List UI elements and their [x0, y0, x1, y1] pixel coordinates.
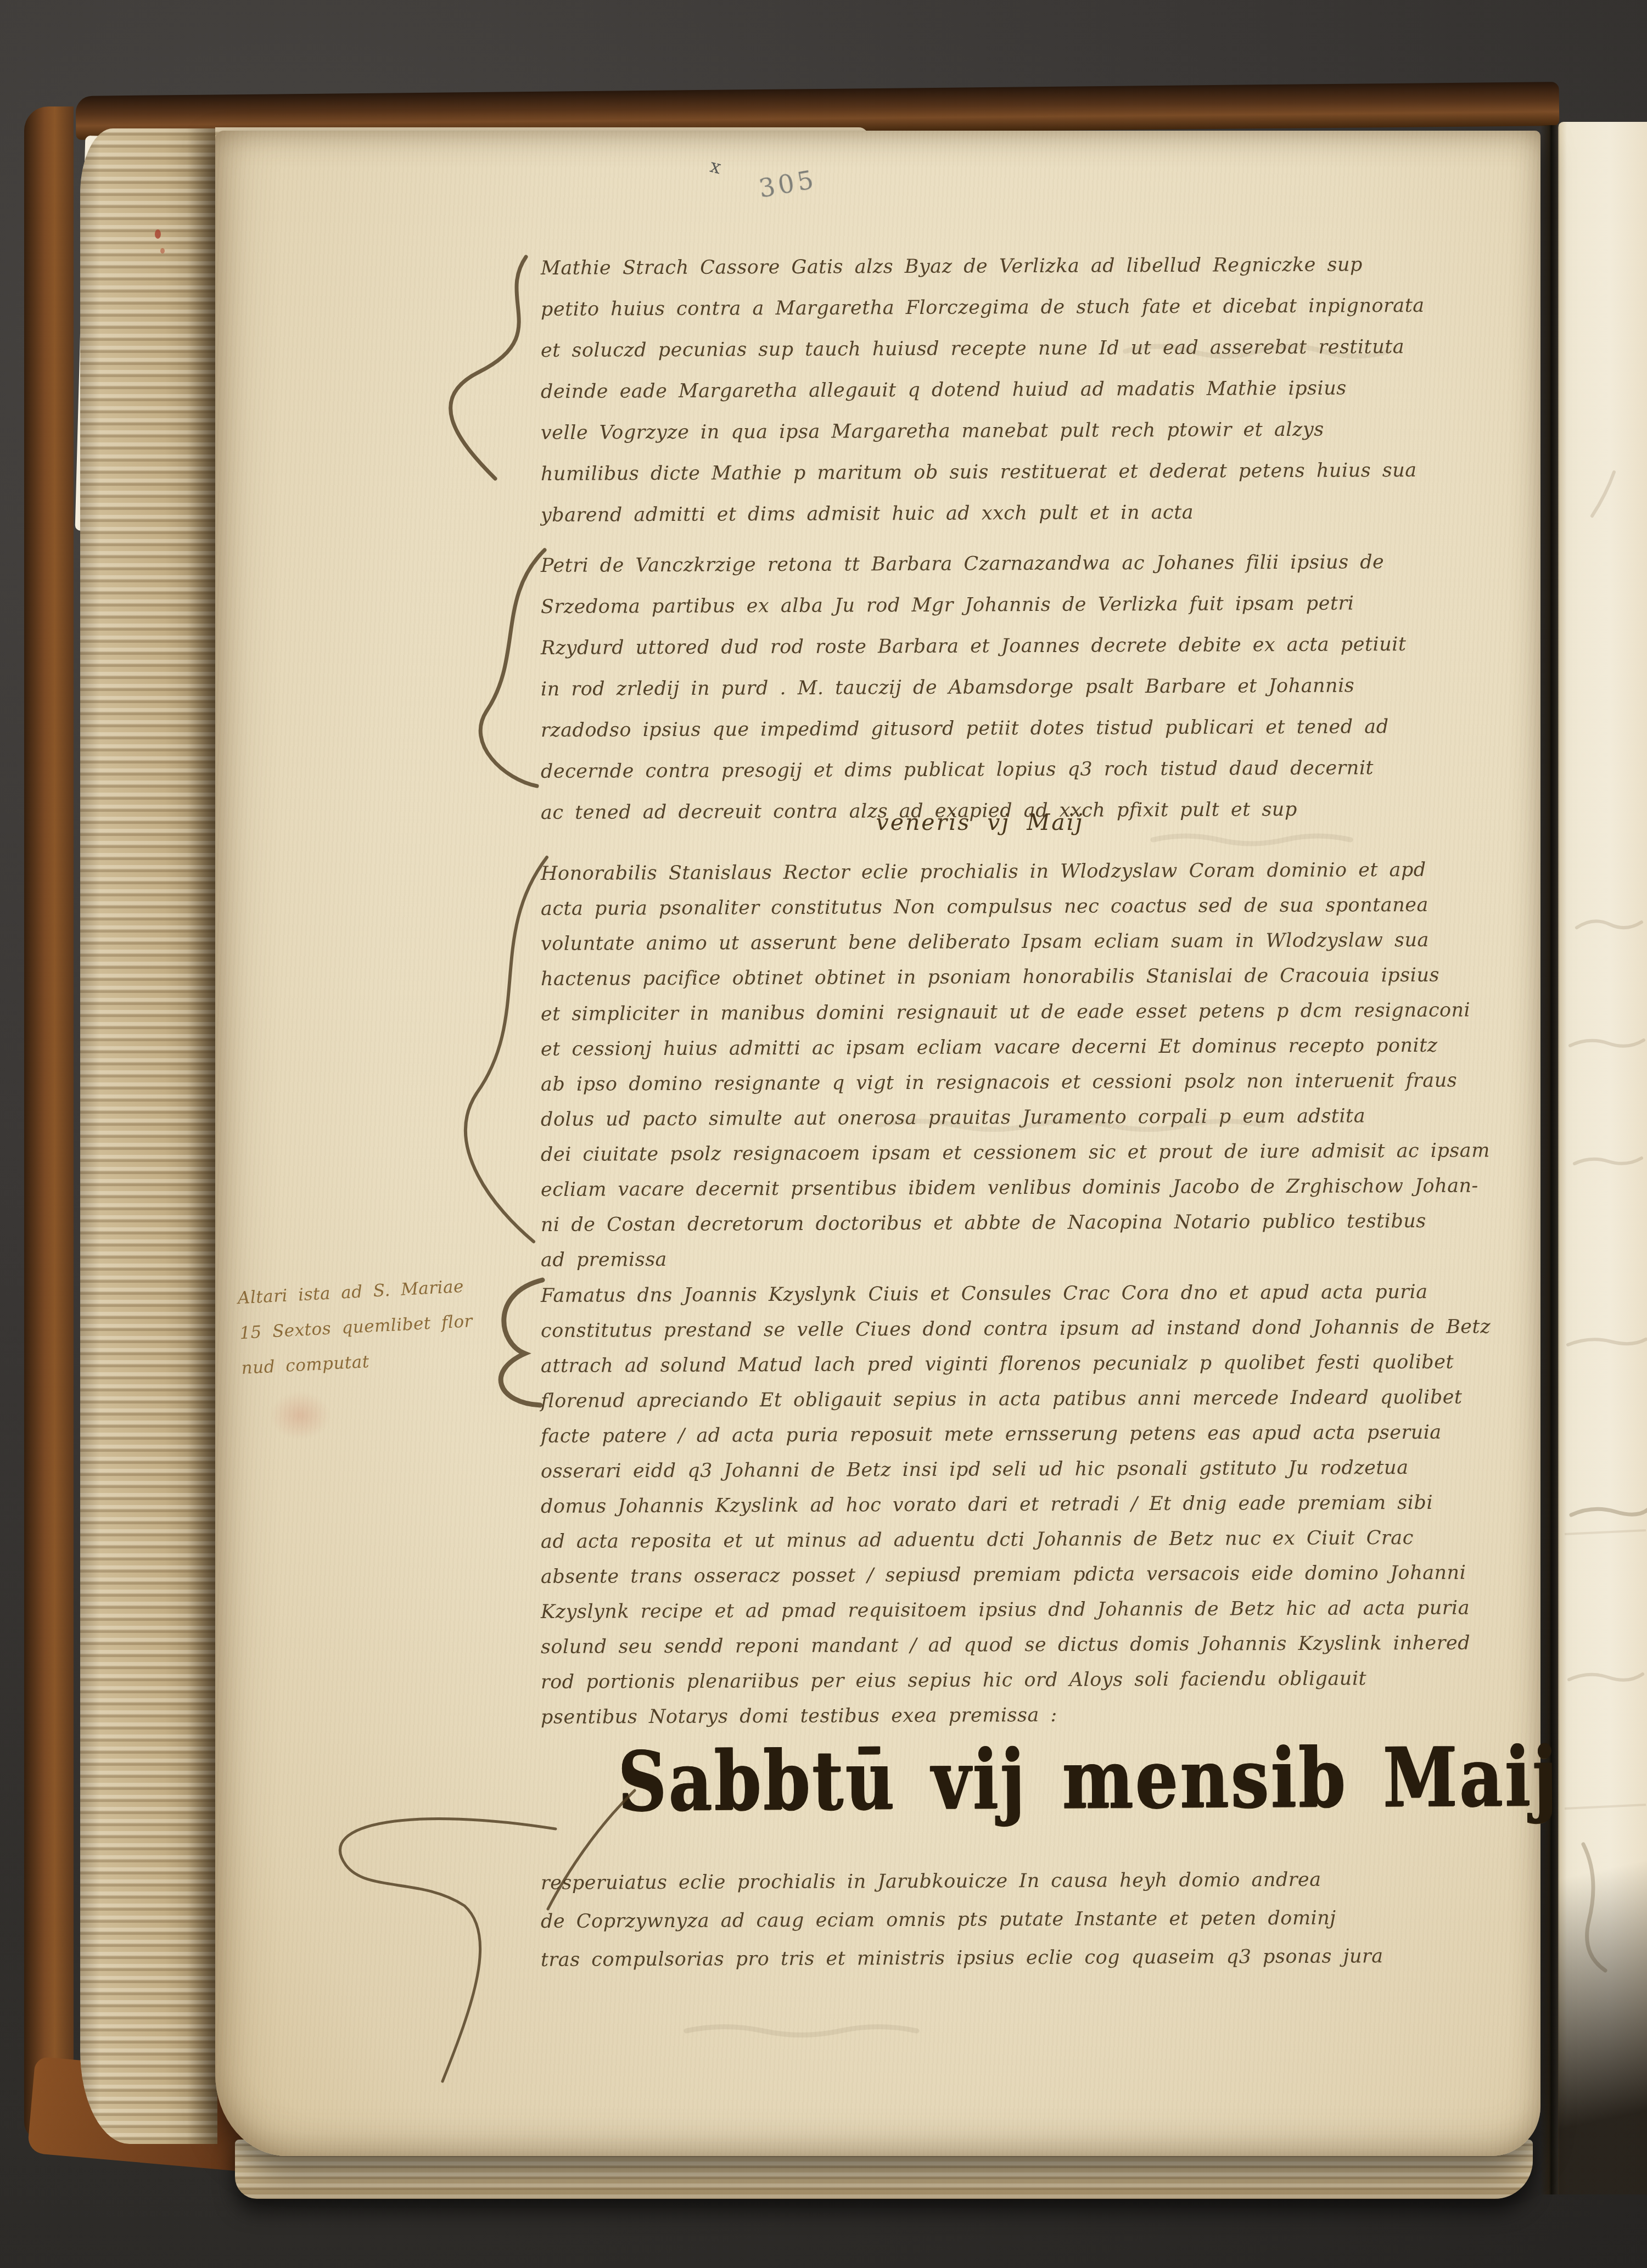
entry-line: osserari eidd q3 Johanni de Betz insi ip…	[541, 1450, 1529, 1489]
entry-line: ni de Costan decretorum doctoribus et ab…	[541, 1203, 1529, 1243]
entry-line: ybarend admitti et dims admisit huic ad …	[541, 491, 1529, 536]
entry-line: Rzydurd uttored dud rod roste Barbara et…	[541, 624, 1529, 669]
page-gutter-shadow	[1540, 125, 1559, 2194]
entry-line: petito huius contra a Margaretha Florcze…	[541, 285, 1529, 330]
entry-line: Kzyslynk recipe et ad pmad requisitoem i…	[541, 1590, 1529, 1630]
entry-line: de Coprzywnyza ad caug eciam omnis pts p…	[541, 1898, 1529, 1941]
entry-line: et cessionj huius admitti ac ipsam eclia…	[541, 1028, 1529, 1067]
entry-line: velle Vogrzyze in qua ipsa Margaretha ma…	[541, 408, 1529, 454]
entry-line: Honorabilis Stanislaus Rector eclie proc…	[541, 852, 1529, 891]
red-ink-speck	[155, 229, 161, 239]
facing-page-edge	[1558, 122, 1647, 2194]
entry-line: ad premissa	[541, 1238, 1529, 1278]
entry-line: dei ciuitate psolz resignacoem ipsam et …	[541, 1133, 1529, 1172]
entry-line: et simpliciter in manibus domini resigna…	[541, 992, 1529, 1032]
entry-line: Petri de Vanczkrzige retona tt Barbara C…	[541, 541, 1529, 587]
entry-line: decernde contra presogij et dims publica…	[541, 747, 1529, 793]
entry-line: rzadodso ipsius que impedimd gitusord pe…	[541, 706, 1529, 751]
entry-line: Mathie Strach Cassore Gatis alzs Byaz de…	[541, 244, 1529, 289]
faded-red-stain	[270, 1392, 330, 1439]
day-heading-saturday-gothic: Sabbtū vij mensib Maij	[545, 1728, 1632, 1830]
register-entry-1: Mathie Strach Cassore Gatis alzs Byaz de…	[541, 246, 1529, 534]
entry-line: Srzedoma partibus ex alba Ju rod Mgr Joh…	[541, 582, 1529, 628]
entry-line: facte patere / ad acta puria reposuit me…	[541, 1414, 1529, 1454]
entry-line: constitutus prestand se velle Ciues dond…	[541, 1309, 1529, 1349]
entry-line: in rod zrledij in purd . M. tauczij de A…	[541, 665, 1529, 710]
manuscript-photo: x 305 Mathie Strach Cassore Gatis alzs B…	[0, 0, 1647, 2268]
entry-line: acta puria psonaliter constitutus Non co…	[541, 887, 1529, 927]
entry-line: rod portionis plenariibus per eius sepiu…	[541, 1660, 1529, 1700]
entry-line: hactenus pacifice obtinet obtinet in pso…	[541, 957, 1529, 997]
right-page-shadow	[1558, 122, 1647, 2194]
entry-line: deinde eade Margaretha allegauit q doten…	[541, 367, 1529, 413]
entry-line: ad acta reposita et ut minus ad aduentu …	[541, 1520, 1529, 1559]
entry-line: humilibus dicte Mathie p maritum ob suis…	[541, 450, 1529, 495]
entry-line: attrach ad solund Matud lach pred vigint…	[541, 1344, 1529, 1384]
margin-note-altar: Altari ista ad S. Mariae 15 Sextos queml…	[237, 1264, 560, 1386]
entry-line: ecliam vacare decernit prsentibus ibidem…	[541, 1168, 1529, 1208]
manuscript-page-verso: x 305 Mathie Strach Cassore Gatis alzs B…	[215, 131, 1540, 2156]
register-entry-4: Famatus dns Joannis Kzyslynk Ciuis et Co…	[541, 1276, 1529, 1733]
register-entry-2: Petri de Vanczkrzige retona tt Barbara C…	[541, 543, 1529, 832]
entry-line: et soluczd pecunias sup tauch huiusd rec…	[541, 326, 1529, 372]
entry-line: resperuiatus eclie prochialis in Jarubko…	[541, 1860, 1529, 1902]
entry-line: domus Johannis Kzyslink ad hoc vorato da…	[541, 1485, 1529, 1524]
book-cover-spine-edge	[24, 106, 74, 2141]
page-number: 305	[757, 164, 819, 204]
entry-line: solund seu sendd reponi mandant / ad quo…	[541, 1625, 1529, 1665]
page-edge-stack-left	[80, 128, 217, 2144]
entry-line: Famatus dns Joannis Kzyslynk Ciuis et Co…	[541, 1274, 1529, 1313]
entry-line: tras compulsorias pro tris et ministris …	[541, 1936, 1529, 1979]
register-entry-3: Honorabilis Stanislaus Rector eclie proc…	[541, 854, 1529, 1276]
entry-line: ab ipso domino resignante q vigt in resi…	[541, 1063, 1529, 1102]
entry-line: voluntate animo ut asserunt bene deliber…	[541, 922, 1529, 962]
entry-line: florenud apreciando Et obligauit sepius …	[541, 1379, 1529, 1419]
archivist-mark: x	[708, 155, 723, 178]
day-heading-friday: veneris vj Maij	[541, 809, 1419, 835]
register-entry-5: resperuiatus eclie prochialis in Jarubko…	[541, 1862, 1529, 1977]
red-ink-speck	[160, 248, 165, 254]
entry-line: dolus ud pacto simulte aut onerosa praui…	[541, 1098, 1529, 1137]
entry-line: absente trans osseracz posset / sepiusd …	[541, 1555, 1529, 1595]
